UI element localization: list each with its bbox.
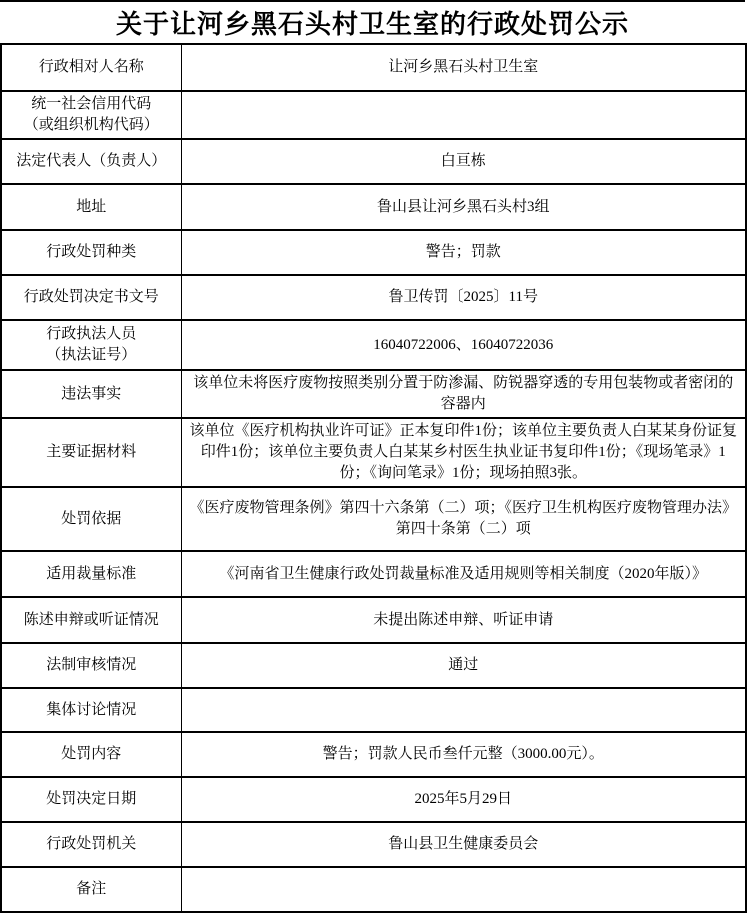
row-label-penalty-basis: 处罚依据 xyxy=(1,487,181,551)
row-value-penalty-content: 警告；罚款人民币叁仟元整（3000.00元）。 xyxy=(181,732,746,777)
row-label-collective-discussion: 集体讨论情况 xyxy=(1,688,181,732)
table-row: 行政执法人员 （执法证号） 16040722006、16040722036 xyxy=(1,320,746,370)
row-label-address: 地址 xyxy=(1,184,181,230)
table-row: 适用裁量标准 《河南省卫生健康行政处罚裁量标准及适用规则等相关制度（2020年版… xyxy=(1,551,746,597)
row-value-remarks xyxy=(181,867,746,912)
table-row: 统一社会信用代码 （或组织机构代码） xyxy=(1,91,746,139)
table-row: 备注 xyxy=(1,867,746,912)
table-row: 地址 鲁山县让河乡黑石头村3组 xyxy=(1,184,746,230)
row-label-decision-date: 处罚决定日期 xyxy=(1,777,181,822)
table-row: 违法事实 该单位未将医疗废物按照类别分置于防渗漏、防锐器穿透的专用包装物或者密闭… xyxy=(1,370,746,418)
row-value-penalty-authority: 鲁山县卫生健康委员会 xyxy=(181,822,746,867)
row-label-penalty-type: 行政处罚种类 xyxy=(1,230,181,275)
row-label-enforcement-officers: 行政执法人员 （执法证号） xyxy=(1,320,181,370)
row-label-discretion-standard: 适用裁量标准 xyxy=(1,551,181,597)
row-value-penalty-basis: 《医疗废物管理条例》第四十六条第（二）项；《医疗卫生机构医疗废物管理办法》第四十… xyxy=(181,487,746,551)
row-label-legal-representative: 法定代表人（负责人） xyxy=(1,139,181,184)
row-value-evidence: 该单位《医疗机构执业许可证》正本复印件1份；该单位主要负责人白某某身份证复印件1… xyxy=(181,418,746,487)
penalty-notice-page: 关于让河乡黑石头村卫生室的行政处罚公示 行政相对人名称 让河乡黑石头村卫生室 统… xyxy=(0,0,747,904)
table-row: 行政处罚决定书文号 鲁卫传罚〔2025〕11号 xyxy=(1,275,746,320)
row-value-decision-number: 鲁卫传罚〔2025〕11号 xyxy=(181,275,746,320)
row-label-evidence: 主要证据材料 xyxy=(1,418,181,487)
row-value-address: 鲁山县让河乡黑石头村3组 xyxy=(181,184,746,230)
title-bar: 关于让河乡黑石头村卫生室的行政处罚公示 xyxy=(0,0,745,43)
row-label-illegal-facts: 违法事实 xyxy=(1,370,181,418)
row-value-legal-review: 通过 xyxy=(181,643,746,688)
row-value-statement-hearing: 未提出陈述申辩、听证申请 xyxy=(181,597,746,643)
penalty-table: 行政相对人名称 让河乡黑石头村卫生室 统一社会信用代码 （或组织机构代码） 法定… xyxy=(0,43,747,913)
row-label-credit-code: 统一社会信用代码 （或组织机构代码） xyxy=(1,91,181,139)
table-row: 处罚决定日期 2025年5月29日 xyxy=(1,777,746,822)
table-row: 处罚内容 警告；罚款人民币叁仟元整（3000.00元）。 xyxy=(1,732,746,777)
table-row: 行政相对人名称 让河乡黑石头村卫生室 xyxy=(1,44,746,91)
row-value-decision-date: 2025年5月29日 xyxy=(181,777,746,822)
row-value-illegal-facts: 该单位未将医疗废物按照类别分置于防渗漏、防锐器穿透的专用包装物或者密闭的容器内 xyxy=(181,370,746,418)
row-label-statement-hearing: 陈述申辩或听证情况 xyxy=(1,597,181,643)
row-value-penalty-type: 警告；罚款 xyxy=(181,230,746,275)
table-row: 法定代表人（负责人） 白亘栋 xyxy=(1,139,746,184)
row-value-enforcement-officers: 16040722006、16040722036 xyxy=(181,320,746,370)
table-row: 法制审核情况 通过 xyxy=(1,643,746,688)
row-label-decision-number: 行政处罚决定书文号 xyxy=(1,275,181,320)
row-value-party-name: 让河乡黑石头村卫生室 xyxy=(181,44,746,91)
row-label-remarks: 备注 xyxy=(1,867,181,912)
table-row: 行政处罚种类 警告；罚款 xyxy=(1,230,746,275)
table-row: 行政处罚机关 鲁山县卫生健康委员会 xyxy=(1,822,746,867)
row-value-legal-representative: 白亘栋 xyxy=(181,139,746,184)
table-row: 主要证据材料 该单位《医疗机构执业许可证》正本复印件1份；该单位主要负责人白某某… xyxy=(1,418,746,487)
table-row: 处罚依据 《医疗废物管理条例》第四十六条第（二）项；《医疗卫生机构医疗废物管理办… xyxy=(1,487,746,551)
row-value-discretion-standard: 《河南省卫生健康行政处罚裁量标准及适用规则等相关制度（2020年版）》 xyxy=(181,551,746,597)
row-label-legal-review: 法制审核情况 xyxy=(1,643,181,688)
row-value-collective-discussion xyxy=(181,688,746,732)
row-label-penalty-authority: 行政处罚机关 xyxy=(1,822,181,867)
table-row: 集体讨论情况 xyxy=(1,688,746,732)
row-label-party-name: 行政相对人名称 xyxy=(1,44,181,91)
table-row: 陈述申辩或听证情况 未提出陈述申辩、听证申请 xyxy=(1,597,746,643)
row-value-credit-code xyxy=(181,91,746,139)
page-title: 关于让河乡黑石头村卫生室的行政处罚公示 xyxy=(116,4,629,41)
row-label-penalty-content: 处罚内容 xyxy=(1,732,181,777)
